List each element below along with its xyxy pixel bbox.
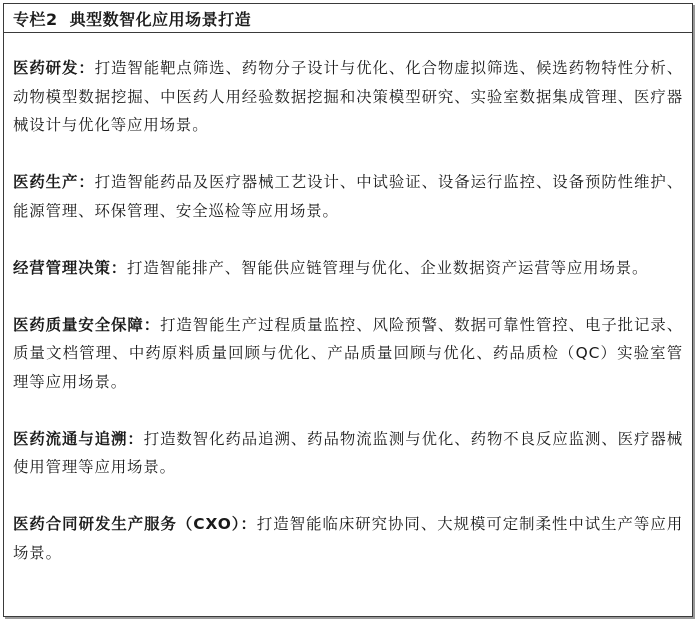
section-heading: 医药质量安全保障： — [13, 316, 160, 334]
section-management: 经营管理决策：打造智能排产、智能供应链管理与优化、企业数据资产运营等应用场景。 — [13, 254, 683, 283]
section-quality: 医药质量安全保障：打造智能生产过程质量监控、风险预警、数据可靠性管控、电子批记录… — [13, 311, 683, 397]
box-header: 专栏2 典型数智化应用场景打造 — [4, 4, 692, 33]
sidebar-box: 专栏2 典型数智化应用场景打造 医药研发：打造智能靶点筛选、药物分子设计与优化、… — [3, 3, 693, 617]
section-heading: 医药流通与追溯： — [13, 430, 144, 448]
section-text: 打造智能排产、智能供应链管理与优化、企业数据资产运营等应用场景。 — [127, 259, 648, 277]
section-distribution: 医药流通与追溯：打造数智化药品追溯、药品物流监测与优化、药物不良反应监测、医疗器… — [13, 425, 683, 482]
section-heading: 医药合同研发生产服务（CXO）： — [13, 515, 257, 533]
section-cxo: 医药合同研发生产服务（CXO）：打造智能临床研究协同、大规模可定制柔性中试生产等… — [13, 510, 683, 567]
section-text: 打造智能靶点筛选、药物分子设计与优化、化合物虚拟筛选、候选药物特性分析、动物模型… — [13, 59, 683, 134]
box-body: 医药研发：打造智能靶点筛选、药物分子设计与优化、化合物虚拟筛选、候选药物特性分析… — [4, 33, 692, 567]
section-heading: 医药研发： — [13, 59, 95, 77]
section-heading: 医药生产： — [13, 173, 95, 191]
section-production: 医药生产：打造智能药品及医疗器械工艺设计、中试验证、设备运行监控、设备预防性维护… — [13, 168, 683, 225]
box-label: 专栏2 — [13, 7, 58, 30]
section-heading: 经营管理决策： — [13, 259, 127, 277]
section-rd: 医药研发：打造智能靶点筛选、药物分子设计与优化、化合物虚拟筛选、候选药物特性分析… — [13, 54, 683, 140]
section-text: 打造智能药品及医疗器械工艺设计、中试验证、设备运行监控、设备预防性维护、能源管理… — [13, 173, 683, 220]
box-title: 典型数智化应用场景打造 — [70, 7, 252, 30]
